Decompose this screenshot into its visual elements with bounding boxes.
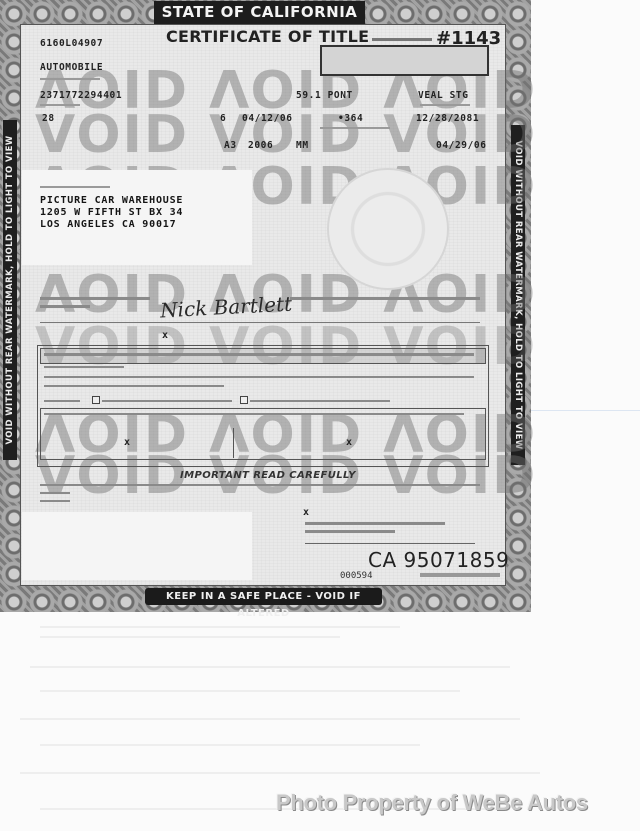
signature-x-mark: x [303, 507, 309, 518]
field-label [420, 104, 470, 106]
fine-print [40, 484, 480, 486]
control-number: 000594 [340, 571, 373, 581]
fine-print [44, 400, 80, 402]
divider [305, 543, 475, 544]
fine-print [40, 492, 70, 494]
serial-number: CA 95071859 [368, 548, 509, 572]
form-id [420, 573, 500, 577]
signature-x-mark: x [124, 437, 130, 448]
make-model: 59.1 PONT [296, 90, 353, 101]
certification-text [290, 297, 480, 300]
owner-address: PICTURE CAR WAREHOUSE 1205 W FIFTH ST BX… [40, 195, 183, 231]
field-label [40, 78, 100, 80]
mo-code: MM [296, 140, 309, 151]
vin: 2371772294401 [40, 90, 122, 101]
fine-print [44, 385, 224, 387]
signature-line [40, 322, 480, 323]
vehicle-type: AUTOMOBILE [40, 62, 103, 73]
blank-area [22, 512, 252, 580]
owner-street: 1205 W FIFTH ST BX 34 [40, 207, 183, 219]
certification-text [40, 297, 150, 300]
issue-date: 04/12/06 [242, 113, 293, 124]
important-heading: IMPORTANT READ CAREFULLY [180, 470, 356, 481]
state-seal [327, 168, 449, 290]
owner-city: LOS ANGELES CA 90017 [40, 219, 183, 231]
signature-x-mark: x [346, 437, 352, 448]
checkbox-option-1[interactable] [92, 396, 100, 404]
signature-x-mark: x [162, 330, 168, 341]
signature-box [40, 408, 486, 460]
certification-text [40, 305, 90, 308]
certificate-of-title: VOID WITHOUT REAR WATERMARK, HOLD TO LIG… [0, 0, 531, 612]
state-banner: STATE OF CALIFORNIA [154, 1, 365, 24]
divider [233, 428, 234, 458]
lienholder-text-box [40, 348, 486, 364]
fine-print [102, 400, 232, 402]
fine-print [44, 366, 124, 368]
field-label [40, 186, 110, 188]
photo-watermark: Photo Property of WeBe Autos [276, 790, 588, 816]
scan-edge-line [530, 410, 640, 411]
redacted-field [320, 45, 489, 76]
checkbox-option-2[interactable] [240, 396, 248, 404]
document-number-label [372, 38, 432, 41]
code-mid: 6 [220, 113, 226, 124]
fine-print [305, 522, 445, 525]
fine-print [305, 530, 395, 533]
code-left: 28 [42, 113, 55, 124]
footer-banner: KEEP IN A SAFE PLACE - VOID IF ALTERED [145, 588, 382, 605]
fine-print [40, 500, 70, 502]
left-side-security-strip: VOID WITHOUT REAR WATERMARK, HOLD TO LIG… [3, 120, 17, 460]
registration-expires: 12/28/2081 [416, 113, 479, 124]
fee: •364 [338, 113, 363, 124]
fine-print [250, 400, 390, 402]
fine-print [44, 353, 474, 356]
fine-print [44, 376, 474, 378]
date-right: 04/29/06 [436, 140, 487, 151]
fine-print [44, 413, 464, 415]
certificate-title: CERTIFICATE OF TITLE [166, 27, 369, 46]
field-label [40, 104, 80, 106]
left-side-text: VOID WITHOUT REAR WATERMARK, HOLD TO LIG… [5, 135, 15, 444]
field-label [320, 127, 390, 129]
year-code: 2006 [248, 140, 273, 151]
owner-name: PICTURE CAR WAREHOUSE [40, 195, 183, 207]
code-row3: A3 [224, 140, 237, 151]
vehicle-id-number: 6160L04907 [40, 38, 103, 49]
body-type: VEAL STG [418, 90, 469, 101]
